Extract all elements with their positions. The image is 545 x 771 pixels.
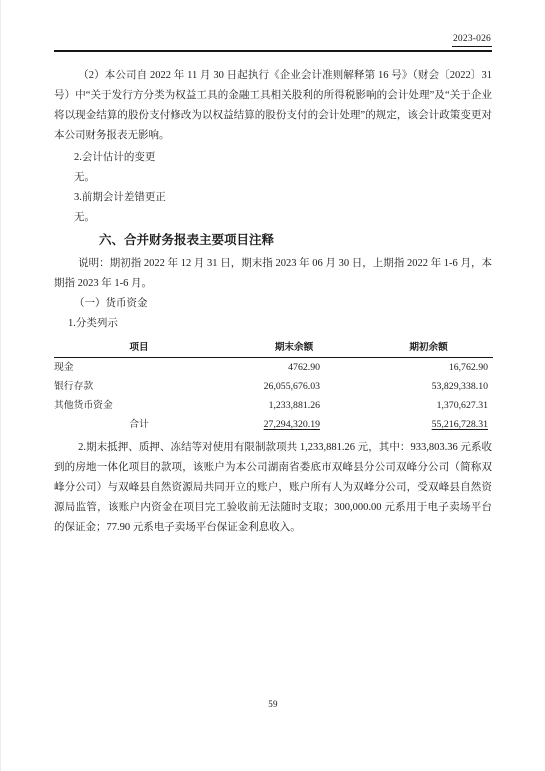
cell-beginning-cash: 16,762.90 <box>364 358 493 378</box>
cell-total-ending: 27,294,320.19 <box>224 415 364 434</box>
cell-item-other-monetary-funds: 其他货币资金 <box>54 396 224 415</box>
item-accounting-estimate-change-title: 2.会计估计的变更 <box>54 148 492 168</box>
table-row: 银行存款 26,055,676.03 53,829,338.10 <box>54 377 493 396</box>
list-label-classification: 1.分类列示 <box>54 314 492 334</box>
cell-ending-cash: 4762.90 <box>224 358 364 378</box>
section-vi-heading: 六、合并财务报表主要项目注释 <box>54 228 492 252</box>
paragraph-restricted-funds: 2.期末抵押、质押、冻结等对使用有限制款项共 1,233,881.26 元，其中… <box>54 438 492 538</box>
table-header-item: 项目 <box>54 336 224 358</box>
document-header: 2023-026 <box>54 33 492 52</box>
table-header-ending-balance: 期末余额 <box>224 336 364 358</box>
page-number: 59 <box>1 699 545 709</box>
table-header-beginning-balance: 期初余额 <box>364 336 493 358</box>
table-row: 现金 4762.90 16,762.90 <box>54 358 493 378</box>
cell-item-cash: 现金 <box>54 358 224 378</box>
paragraph-period-definitions: 说明：期初指 2022 年 12 月 31 日，期末指 2023 年 06 月 … <box>54 254 492 294</box>
item-accounting-estimate-change-value: 无。 <box>54 168 492 188</box>
cell-ending-bank-deposits: 26,055,676.03 <box>224 377 364 396</box>
paragraph-accounting-policy: （2）本公司自 2022 年 11 月 30 日起执行《企业会计准则解释第 16… <box>54 66 492 146</box>
cell-total-beginning: 55,216,728.31 <box>364 415 493 434</box>
table-header-row: 项目 期末余额 期初余额 <box>54 336 493 358</box>
cell-item-bank-deposits: 银行存款 <box>54 377 224 396</box>
subsection-monetary-funds-heading: （一）货币资金 <box>54 294 492 314</box>
table-total-row: 合计 27,294,320.19 55,216,728.31 <box>54 415 493 434</box>
document-page: 2023-026 （2）本公司自 2022 年 11 月 30 日起执行《企业会… <box>0 0 545 771</box>
cell-beginning-other-monetary-funds: 1,370,627.31 <box>364 396 493 415</box>
cell-ending-other-monetary-funds: 1,233,881.26 <box>224 396 364 415</box>
monetary-funds-table: 项目 期末余额 期初余额 现金 4762.90 16,762.90 银行存款 2… <box>54 336 493 434</box>
table-row: 其他货币资金 1,233,881.26 1,370,627.31 <box>54 396 493 415</box>
item-prior-error-correction-title: 3.前期会计差错更正 <box>54 188 492 208</box>
doc-number: 2023-026 <box>452 33 492 47</box>
cell-beginning-bank-deposits: 53,829,338.10 <box>364 377 493 396</box>
item-prior-error-correction-value: 无。 <box>54 208 492 228</box>
cell-total-label: 合计 <box>54 415 224 434</box>
